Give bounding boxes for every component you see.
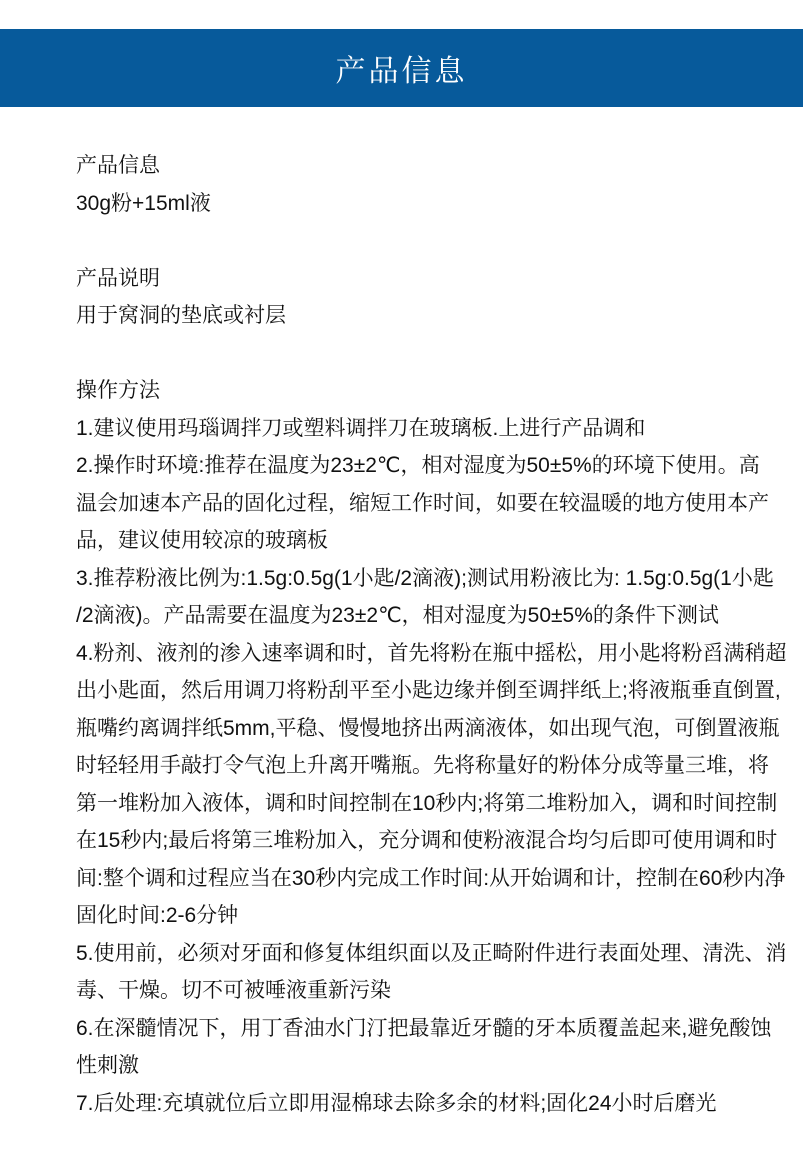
text-line: 毒、干燥。切不可被唾液重新污染 [76, 972, 783, 1010]
text-line: 4.粉剂、液剂的渗入速率调和时，首先将粉在瓶中摇松，用小匙将粉舀满稍超 [76, 635, 783, 673]
text-line: 固化时间:2-6分钟 [76, 897, 783, 935]
product-info-page: 产品信息 产品信息30g粉+15ml液产品说明用于窝洞的垫底或衬层操作方法1.建… [0, 0, 803, 1175]
text-line: 瓶嘴约离调拌纸5mm,平稳、慢慢地挤出两滴液体，如出现气泡，可倒置液瓶 [76, 710, 783, 748]
text-line: 在15秒内;最后将第三堆粉加入，充分调和使粉液混合均匀后即可使用调和时 [76, 822, 783, 860]
text-line: 2.操作时环境:推荐在温度为23±2℃，相对湿度为50±5%的环境下使用。高 [76, 447, 783, 485]
text-line: /2滴液)。产品需要在温度为23±2℃，相对湿度为50±5%的条件下测试 [76, 597, 783, 635]
section-product-description: 产品说明用于窝洞的垫底或衬层 [76, 260, 783, 335]
text-line: 产品说明 [76, 260, 783, 298]
text-line: 第一堆粉加入液体，调和时间控制在10秒内;将第二堆粉加入，调和时间控制 [76, 785, 783, 823]
text-line: 温会加速本产品的固化过程，缩短工作时间，如要在较温暖的地方使用本产 [76, 485, 783, 523]
text-line: 出小匙面，然后用调刀将粉刮平至小匙边缘并倒至调拌纸上;将液瓶垂直倒置, [76, 672, 783, 710]
section-operation-method: 操作方法1.建议使用玛瑙调拌刀或塑料调拌刀在玻璃板.上进行产品调和2.操作时环境… [76, 372, 783, 1122]
text-line: 性刺激 [76, 1047, 783, 1085]
text-line: 1.建议使用玛瑙调拌刀或塑料调拌刀在玻璃板.上进行产品调和 [76, 410, 783, 448]
text-line: 用于窝洞的垫底或衬层 [76, 297, 783, 335]
text-line: 品，建议使用较凉的玻璃板 [76, 522, 783, 560]
text-line: 7.后处理:充填就位后立即用湿棉球去除多余的材料;固化24小时后磨光 [76, 1085, 783, 1123]
text-line: 3.推荐粉液比例为:1.5g:0.5g(1小匙/2滴液);测试用粉液比为: 1.… [76, 560, 783, 598]
text-line: 产品信息 [76, 147, 783, 185]
product-description-content: 产品信息30g粉+15ml液产品说明用于窝洞的垫底或衬层操作方法1.建议使用玛瑙… [0, 147, 803, 1122]
text-line: 时轻轻用手敲打令气泡上升离开嘴瓶。先将称量好的粉体分成等量三堆，将 [76, 747, 783, 785]
section-header-bar: 产品信息 [0, 29, 803, 107]
text-line: 间:整个调和过程应当在30秒内完成工作时间:从开始调和计，控制在60秒内净 [76, 860, 783, 898]
page-title: 产品信息 [336, 46, 468, 90]
text-line: 30g粉+15ml液 [76, 185, 783, 223]
text-line: 操作方法 [76, 372, 783, 410]
section-product-info: 产品信息30g粉+15ml液 [76, 147, 783, 222]
text-line: 5.使用前，必须对牙面和修复体组织面以及正畸附件进行表面处理、清洗、消 [76, 935, 783, 973]
text-line: 6.在深髓情况下，用丁香油水门汀把最靠近牙髓的牙本质覆盖起来,避免酸蚀 [76, 1010, 783, 1048]
